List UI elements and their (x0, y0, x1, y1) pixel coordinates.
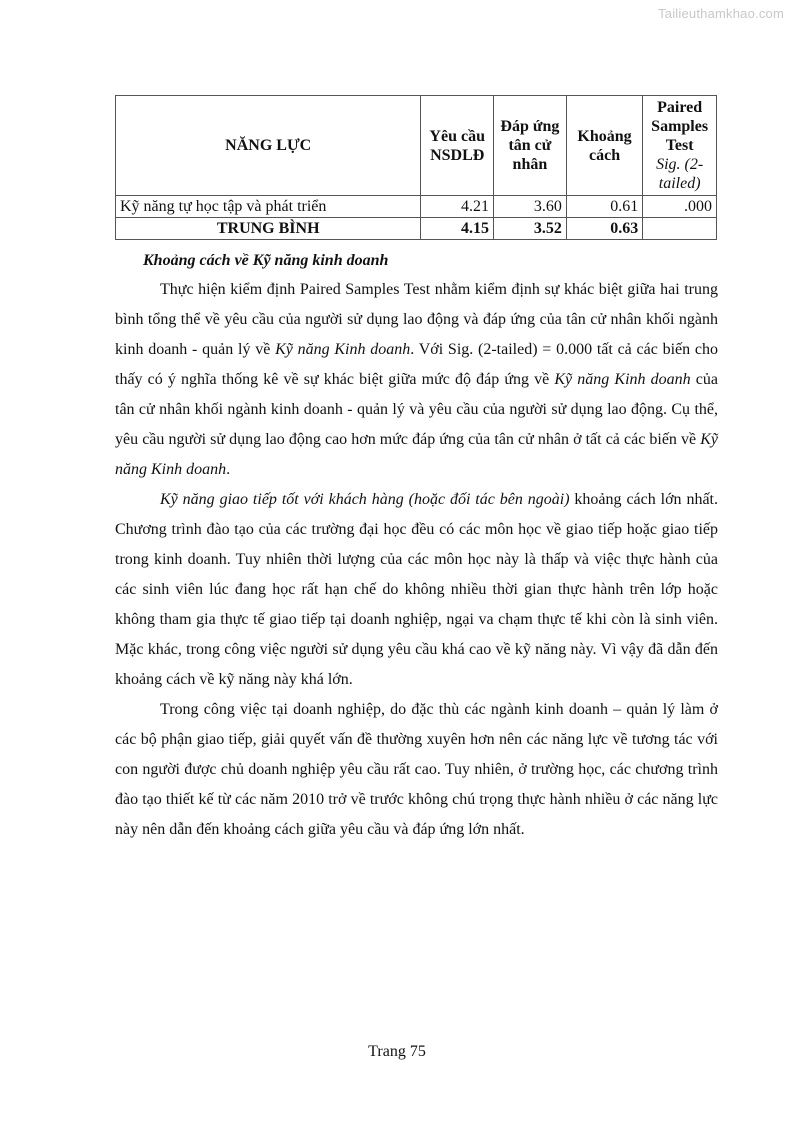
watermark: Tailieuthamkhao.com (658, 6, 784, 21)
header-requirement: Yêu cầu NSDLĐ (421, 96, 494, 196)
competency-table: NĂNG LỰC Yêu cầu NSDLĐ Đáp ứng tân cử nh… (115, 95, 717, 240)
header-response: Đáp ứng tân cử nhân (494, 96, 567, 196)
p1-emphasis-a: Kỹ năng Kinh doanh (275, 341, 410, 358)
cell-sig: .000 (643, 196, 717, 218)
header-paired-test: Paired Samples Test Sig. (2-tailed) (643, 96, 717, 196)
summary-gap: 0.63 (566, 218, 642, 240)
section-heading: Khoảng cách về Kỹ năng kinh doanh (115, 247, 718, 275)
header-test-label: Paired Samples Test (651, 99, 708, 154)
cell-gap: 0.61 (566, 196, 642, 218)
paragraph-3: Trong công việc tại doanh nghiệp, do đặc… (115, 695, 718, 845)
p2-text: khoảng cách lớn nhất. Chương trình đào t… (115, 491, 718, 688)
p2-emphasis: Kỹ năng giao tiếp tốt với khách hàng (ho… (160, 491, 570, 508)
table-summary-row: TRUNG BÌNH 4.15 3.52 0.63 (116, 218, 717, 240)
cell-competency: Kỹ năng tự học tập và phát triển (116, 196, 421, 218)
header-competency: NĂNG LỰC (116, 96, 421, 196)
paragraph-1: Thực hiện kiểm định Paired Samples Test … (115, 275, 718, 485)
paragraph-2: Kỹ năng giao tiếp tốt với khách hàng (ho… (115, 485, 718, 695)
header-sig-note: Sig. (2-tailed) (647, 155, 712, 193)
summary-label: TRUNG BÌNH (116, 218, 421, 240)
p1-emphasis-b: Kỹ năng Kinh doanh (554, 371, 690, 388)
header-gap: Khoảng cách (566, 96, 642, 196)
table-row: Kỹ năng tự học tập và phát triển 4.21 3.… (116, 196, 717, 218)
cell-requirement: 4.21 (421, 196, 494, 218)
summary-response: 3.52 (494, 218, 567, 240)
table-header-row: NĂNG LỰC Yêu cầu NSDLĐ Đáp ứng tân cử nh… (116, 96, 717, 196)
body-content: Khoảng cách về Kỹ năng kinh doanh Thực h… (115, 247, 718, 845)
page-number: Trang 75 (0, 1043, 794, 1061)
p1-text-d: . (226, 461, 230, 478)
summary-sig (643, 218, 717, 240)
cell-response: 3.60 (494, 196, 567, 218)
summary-requirement: 4.15 (421, 218, 494, 240)
